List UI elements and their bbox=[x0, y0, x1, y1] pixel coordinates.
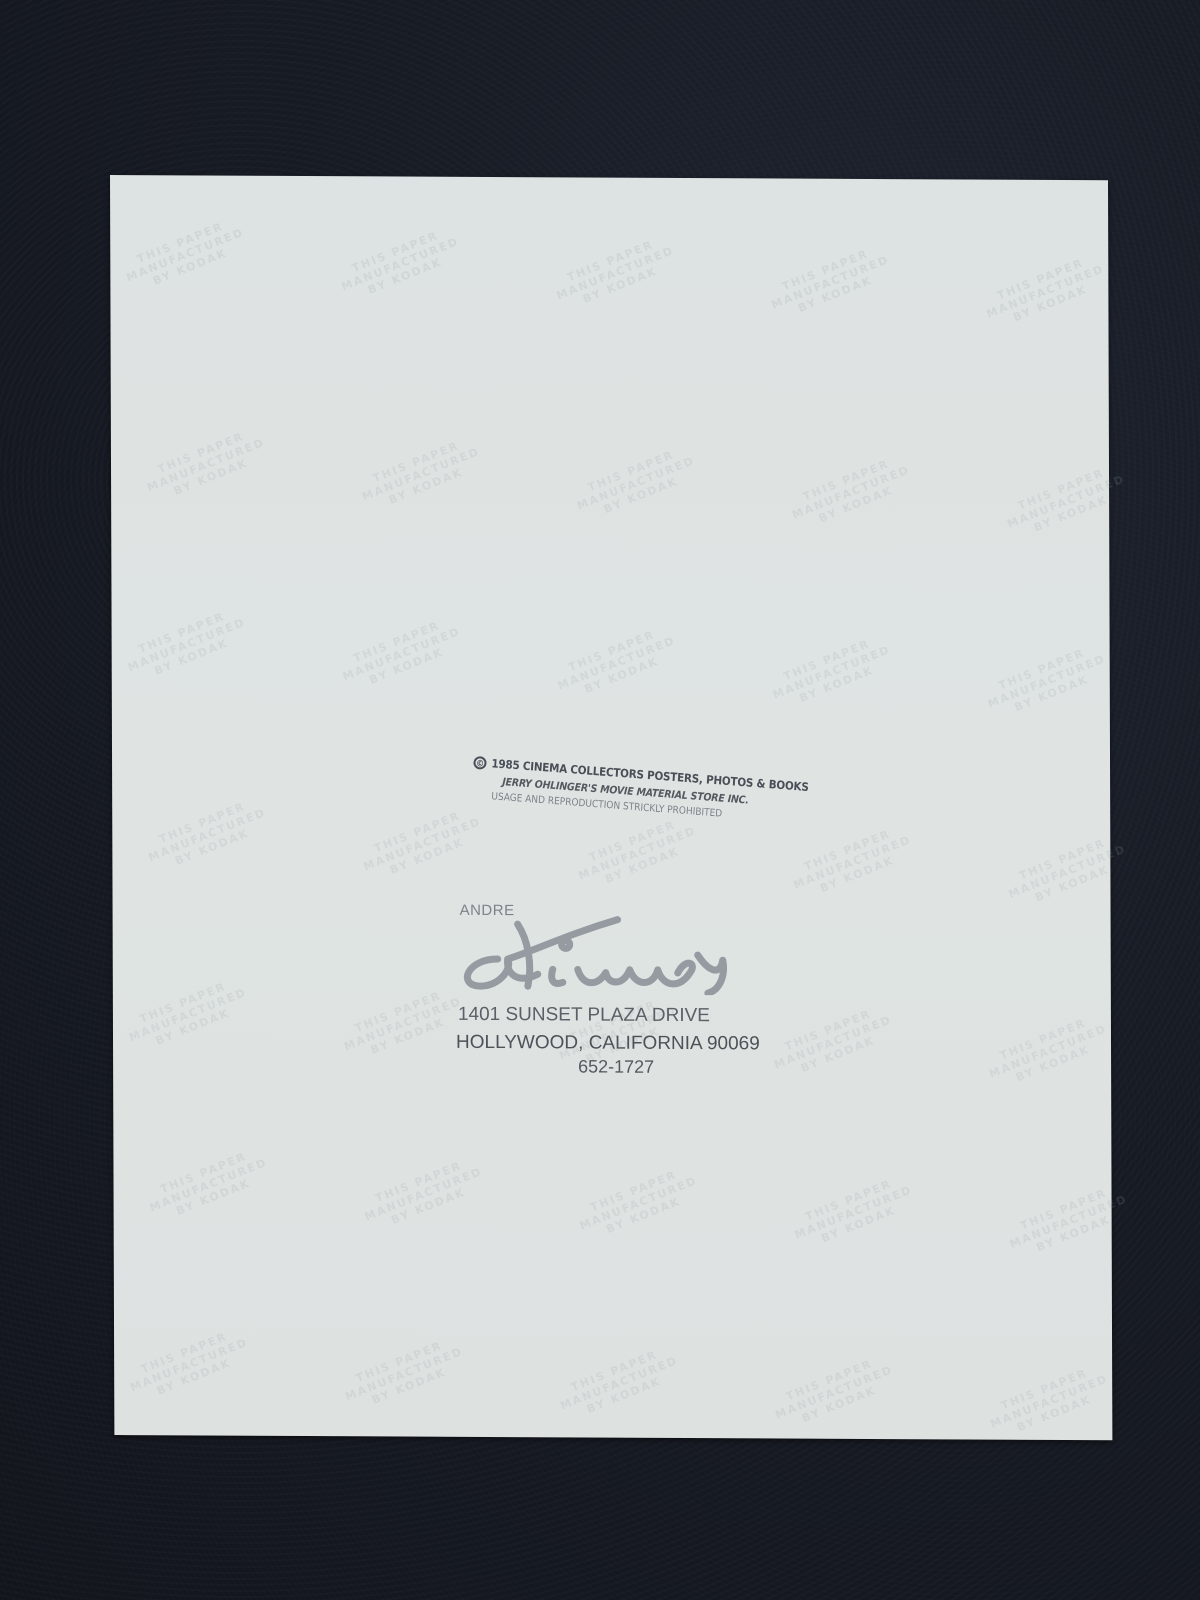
kodak-watermark: THIS PAPER MANUFACTURED BY KODAK bbox=[112, 1319, 266, 1411]
signature-icon bbox=[458, 914, 748, 996]
kodak-watermark: THIS PAPER MANUFACTURED BY KODAK bbox=[542, 1337, 696, 1429]
kodak-watermark: THIS PAPER MANUFACTURED BY KODAK bbox=[989, 456, 1143, 548]
photograph-back: THIS PAPER MANUFACTURED BY KODAKTHIS PAP… bbox=[110, 175, 1112, 1440]
kodak-watermark: THIS PAPER MANUFACTURED BY KODAK bbox=[326, 978, 480, 1070]
kodak-watermark: THIS PAPER MANUFACTURED BY KODAK bbox=[110, 599, 264, 691]
kodak-watermark: THIS PAPER MANUFACTURED BY KODAK bbox=[327, 1328, 481, 1420]
kodak-watermark: THIS PAPER MANUFACTURED BY KODAK bbox=[776, 817, 930, 909]
kodak-watermark: THIS PAPER MANUFACTURED BY KODAK bbox=[111, 969, 265, 1061]
kodak-watermark: THIS PAPER MANUFACTURED BY KODAK bbox=[969, 246, 1123, 338]
kodak-watermark: THIS PAPER MANUFACTURED BY KODAK bbox=[323, 218, 477, 310]
kodak-watermark: THIS PAPER MANUFACTURED BY KODAK bbox=[540, 617, 694, 709]
kodak-watermark: THIS PAPER MANUFACTURED BY KODAK bbox=[108, 209, 262, 301]
kodak-watermark: THIS PAPER MANUFACTURED BY KODAK bbox=[129, 419, 283, 511]
address-line-1: 1401 SUNSET PLAZA DRIVE bbox=[458, 1004, 710, 1027]
kodak-watermark: THIS PAPER MANUFACTURED BY KODAK bbox=[559, 437, 713, 529]
kodak-watermark: THIS PAPER MANUFACTURED BY KODAK bbox=[561, 807, 715, 899]
kodak-watermark: THIS PAPER MANUFACTURED BY KODAK bbox=[754, 236, 908, 328]
kodak-watermark: THIS PAPER MANUFACTURED BY KODAK bbox=[755, 626, 909, 718]
kodak-watermark: THIS PAPER MANUFACTURED BY KODAK bbox=[992, 1176, 1146, 1268]
kodak-watermark: THIS PAPER MANUFACTURED BY KODAK bbox=[757, 1346, 911, 1438]
kodak-watermark: THIS PAPER MANUFACTURED BY KODAK bbox=[130, 789, 284, 881]
kodak-watermark: THIS PAPER MANUFACTURED BY KODAK bbox=[971, 1006, 1125, 1098]
kodak-watermark: THIS PAPER MANUFACTURED BY KODAK bbox=[344, 428, 498, 520]
copyright-stamp: ©1985 CINEMA COLLECTORS POSTERS, PHOTOS … bbox=[471, 755, 863, 830]
copyright-icon: © bbox=[473, 756, 487, 770]
photographer-stamp: ANDRE 1401 SUNSET PLAZA DRIVE HOLLYWOOD,… bbox=[458, 902, 838, 904]
kodak-watermark: THIS PAPER MANUFACTURED BY KODAK bbox=[539, 227, 693, 319]
kodak-watermark: THIS PAPER MANUFACTURED BY KODAK bbox=[325, 608, 479, 700]
kodak-watermark: THIS PAPER MANUFACTURED BY KODAK bbox=[346, 798, 500, 890]
address-line-2: HOLLYWOOD, CALIFORNIA 90069 bbox=[456, 1032, 760, 1056]
kodak-watermark: THIS PAPER MANUFACTURED BY KODAK bbox=[991, 826, 1145, 918]
kodak-watermark: THIS PAPER MANUFACTURED BY KODAK bbox=[132, 1139, 286, 1231]
kodak-watermark: THIS PAPER MANUFACTURED BY KODAK bbox=[562, 1157, 716, 1249]
kodak-watermark: THIS PAPER MANUFACTURED BY KODAK bbox=[970, 636, 1124, 728]
kodak-watermark: THIS PAPER MANUFACTURED BY KODAK bbox=[774, 447, 928, 539]
kodak-watermark: THIS PAPER MANUFACTURED BY KODAK bbox=[756, 996, 910, 1088]
phone-number: 652-1727 bbox=[578, 1056, 654, 1077]
kodak-watermark: THIS PAPER MANUFACTURED BY KODAK bbox=[347, 1148, 501, 1240]
kodak-watermarks: THIS PAPER MANUFACTURED BY KODAKTHIS PAP… bbox=[110, 175, 1108, 180]
kodak-watermark: THIS PAPER MANUFACTURED BY KODAK bbox=[972, 1356, 1126, 1448]
kodak-watermark: THIS PAPER MANUFACTURED BY KODAK bbox=[777, 1167, 931, 1259]
